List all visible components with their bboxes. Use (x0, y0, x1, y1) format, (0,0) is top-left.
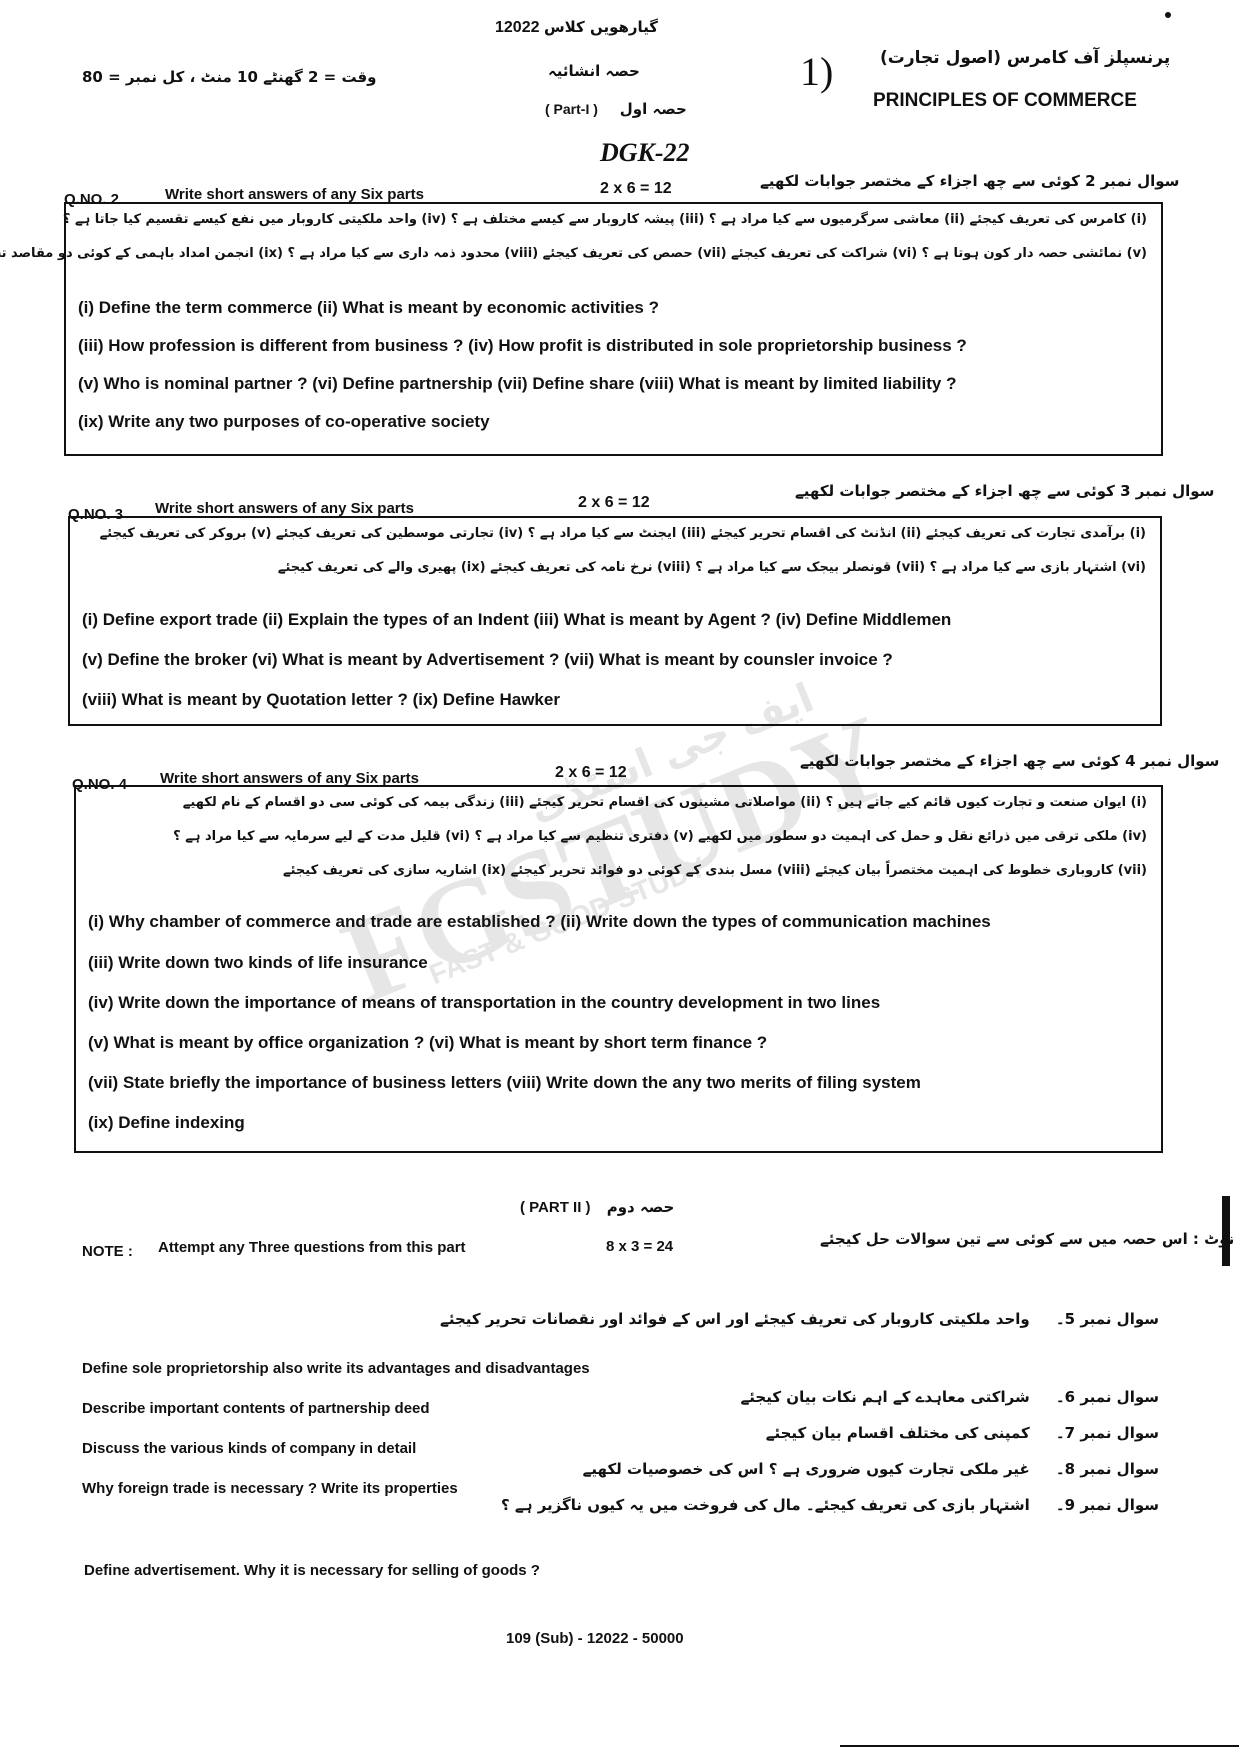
q2-english-line: (ix) Write any two purposes of co-operat… (78, 412, 490, 432)
q7-english: Discuss the various kinds of company in … (82, 1440, 416, 1457)
q2-english-line: (i) Define the term commerce (ii) What i… (78, 298, 659, 318)
q4-english-line: (i) Why chamber of commerce and trade ar… (88, 912, 991, 932)
q4-urdu-line: (vii) کاروباری خطوط کی اہمیت مختصراً بیا… (283, 863, 1147, 878)
page-mark: 1) (800, 48, 833, 95)
subject-urdu: پرنسپلز آف کامرس (اصول تجارت) (880, 48, 1170, 68)
q3-english-line: (i) Define export trade (ii) Explain the… (82, 610, 951, 630)
q2-box: (i) کامرس کی تعریف کیجئے (ii) معاشی سرگر… (64, 202, 1163, 456)
q5-english: Define sole proprietorship also write it… (82, 1360, 590, 1377)
q3-english-line: (v) Define the broker (vi) What is meant… (82, 650, 893, 670)
q3-box: (i) برآمدی تجارت کی تعریف کیجئے (ii) انڈ… (68, 516, 1162, 726)
part-two-label: ( PART II ) حصہ دوم (520, 1198, 674, 1216)
class-session: 12022 گیارھویں کلاس (495, 18, 658, 37)
corner-dot (1165, 12, 1171, 18)
q2-urdu-heading: سوال نمبر 2 کوئی سے چھ اجزاء کے مختصر جو… (760, 172, 1179, 190)
section-urdu: حصہ انشائیہ (548, 62, 640, 80)
paper-code-handwritten: DGK-22 (600, 138, 690, 168)
q4-english-line: (iii) Write down two kinds of life insur… (88, 953, 428, 973)
q3-urdu-line: (i) برآمدی تجارت کی تعریف کیجئے (ii) انڈ… (100, 526, 1146, 541)
q3-urdu-heading: سوال نمبر 3 کوئی سے چھ اجزاء کے مختصر جو… (795, 482, 1214, 500)
q6-english: Describe important contents of partnersh… (82, 1400, 430, 1417)
q9-urdu: سوال نمبر 9۔ اشتہار بازی کی تعریف کیجئے۔… (501, 1496, 1159, 1514)
note-text: Attempt any Three questions from this pa… (158, 1239, 466, 1256)
q8-urdu: سوال نمبر 8۔ غیر ملکی تجارت کیوں ضروری ہ… (583, 1460, 1159, 1478)
q2-instruction: Write short answers of any Six parts (165, 186, 424, 203)
q4-marks: 2 x 6 = 12 (555, 764, 627, 782)
note-urdu: نوٹ : اس حصہ میں سے کوئی سے تین سوالات ح… (820, 1230, 1234, 1248)
scan-edge-mark (1222, 1196, 1230, 1266)
part-two-marks: 8 x 3 = 24 (606, 1238, 673, 1255)
q4-english-line: (v) What is meant by office organization… (88, 1033, 767, 1053)
q2-english-line: (v) Who is nominal partner ? (vi) Define… (78, 374, 956, 394)
q4-urdu-line: (i) ایوان صنعت و تجارت کیوں قائم کیے جات… (183, 795, 1147, 810)
q6-urdu: سوال نمبر 6۔ شراکتی معاہدے کے اہم نکات ب… (741, 1388, 1160, 1406)
q3-english-line: (viii) What is meant by Quotation letter… (82, 690, 560, 710)
footer-code: 109 (Sub) - 12022 - 50000 (506, 1630, 684, 1647)
class-urdu: گیارھویں کلاس (544, 18, 658, 36)
q4-urdu-heading: سوال نمبر 4 کوئی سے چھ اجزاء کے مختصر جو… (800, 752, 1219, 770)
time-marks: وقت = 2 گھنٹے 10 منٹ ، کل نمبر = 80 (82, 68, 377, 86)
q8-english: Why foreign trade is necessary ? Write i… (82, 1480, 458, 1497)
q2-urdu-line: (i) کامرس کی تعریف کیجئے (ii) معاشی سرگر… (63, 212, 1147, 227)
q2-marks: 2 x 6 = 12 (600, 180, 672, 198)
q3-marks: 2 x 6 = 12 (578, 494, 650, 512)
q4-box: (i) ایوان صنعت و تجارت کیوں قائم کیے جات… (74, 785, 1163, 1153)
q4-english-line: (iv) Write down the importance of means … (88, 993, 880, 1013)
q5-urdu: سوال نمبر 5۔ واحد ملکیتی کاروبار کی تعری… (440, 1310, 1159, 1328)
q4-urdu-line: (iv) ملکی ترقی میں ذرائع نقل و حمل کی اہ… (173, 829, 1147, 844)
session-number: 12022 (495, 19, 540, 36)
q9-english: Define advertisement. Why it is necessar… (84, 1562, 540, 1579)
scan-edge-line (840, 1745, 1239, 1747)
q2-urdu-line: (v) نمائشی حصہ دار کون ہوتا ہے ؟ (vi) شر… (0, 246, 1147, 261)
subject-title: PRINCIPLES OF COMMERCE (873, 90, 1137, 112)
part-one-label: ( Part-I ) حصہ اول (545, 100, 687, 118)
q3-urdu-line: (vi) اشتہار بازی سے کیا مراد ہے ؟ (vii) … (278, 560, 1146, 575)
q4-english-line: (vii) State briefly the importance of bu… (88, 1073, 921, 1093)
q7-urdu: سوال نمبر 7۔ کمپنی کی مختلف اقسام بیان ک… (766, 1424, 1159, 1442)
q3-instruction: Write short answers of any Six parts (155, 500, 414, 517)
q4-english-line: (ix) Define indexing (88, 1113, 245, 1133)
q2-english-line: (iii) How profession is different from b… (78, 336, 967, 356)
note-label: NOTE : (82, 1243, 133, 1260)
